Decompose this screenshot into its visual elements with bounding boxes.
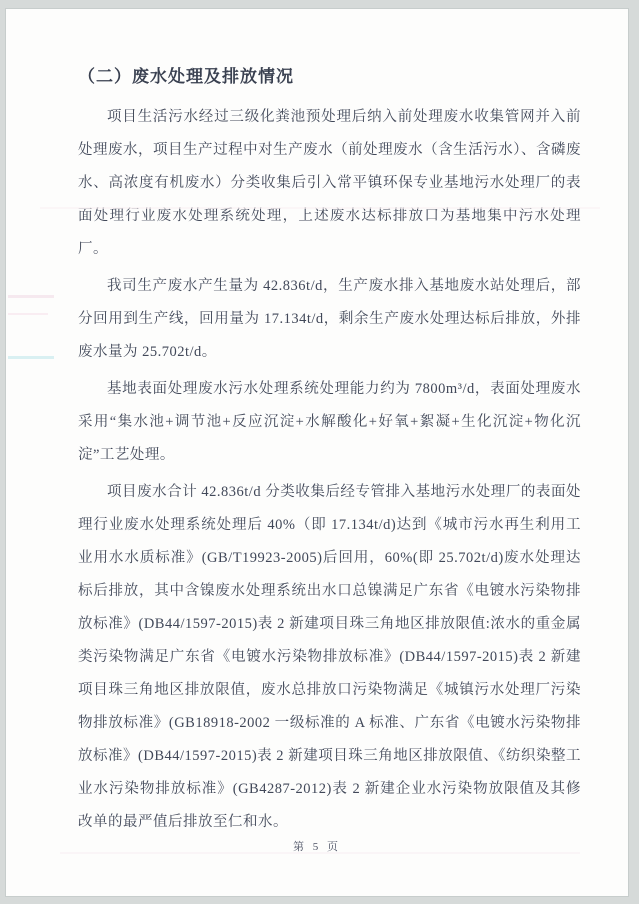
- page-content: （二）废水处理及排放情况 项目生活污水经过三级化粪池预处理后纳入前处理废水收集管…: [6, 9, 628, 839]
- page-footer: 第 5 页: [6, 838, 628, 854]
- paragraph-sewage-collection: 项目生活污水经过三级化粪池预处理后纳入前处理废水收集管网并入前处理废水，项目生产…: [78, 101, 581, 266]
- section-heading: （二）废水处理及排放情况: [78, 65, 581, 89]
- paragraph-discharge-standards: 项目废水合计 42.836t/d 分类收集后经专管排入基地污水处理厂的表面处理行…: [78, 476, 581, 839]
- paragraph-wastewater-volume: 我司生产废水产生量为 42.836t/d，生产废水排入基地废水站处理后，部分回用…: [78, 270, 581, 369]
- document-page: （二）废水处理及排放情况 项目生活污水经过三级化粪池预处理后纳入前处理废水收集管…: [5, 8, 629, 897]
- paragraph-treatment-capacity: 基地表面处理废水污水处理系统处理能力约为 7800m³/d，表面处理废水采用“集…: [78, 373, 581, 472]
